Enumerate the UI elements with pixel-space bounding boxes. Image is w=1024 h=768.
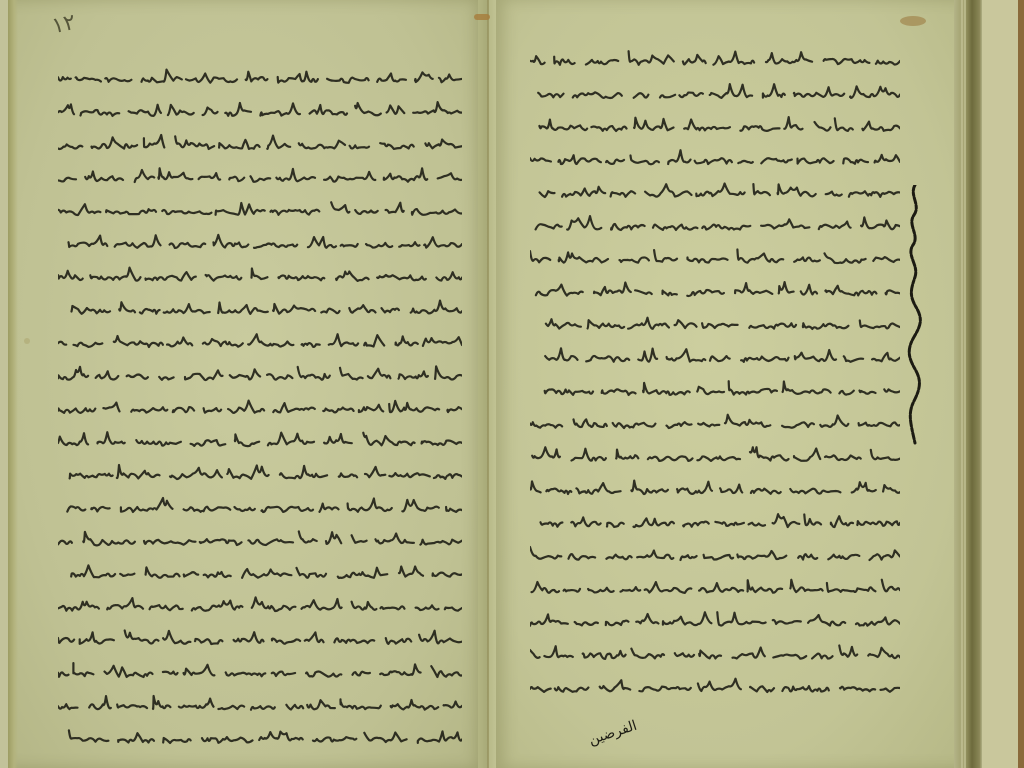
manuscript-text-line [58,324,462,357]
manuscript-text-line [530,438,900,471]
page-edge-water-stain [954,0,984,768]
manuscript-text-line [58,357,462,390]
manuscript-text-line [58,555,462,588]
manuscript-text-line [58,423,462,456]
manuscript-text-line [58,126,462,159]
manuscript-text-line [58,390,462,423]
manuscript-text-line [58,687,462,720]
manuscript-photo: ١٢ الفرضين [0,0,1024,768]
manuscript-text-line [530,405,900,438]
vertical-margin-note [905,185,925,445]
manuscript-text-line [530,570,900,603]
manuscript-text-line [530,42,900,75]
manuscript-text-line [58,192,462,225]
manuscript-text-line [58,225,462,258]
manuscript-text-line [530,207,900,240]
manuscript-text-line [58,522,462,555]
manuscript-text-line [58,258,462,291]
page-edges [960,0,966,768]
manuscript-text-line [530,504,900,537]
manuscript-text-line [58,456,462,489]
manuscript-text-line [530,273,900,306]
manuscript-text-line [58,621,462,654]
manuscript-text-line [530,471,900,504]
manuscript-text-line [530,306,900,339]
manuscript-text-line [58,588,462,621]
backing-board-edge [1018,0,1024,768]
manuscript-text-line [58,159,462,192]
gutter-fold-line [487,0,489,768]
manuscript-text-line [530,108,900,141]
paper-blemish [900,16,926,26]
manuscript-text-line [58,291,462,324]
manuscript-text-line [530,372,900,405]
manuscript-text-line [530,669,900,702]
left-page-edge [8,0,18,768]
manuscript-text-line [530,240,900,273]
manuscript-text-line [530,636,900,669]
manuscript-text-line [58,489,462,522]
paper-blemish [24,338,30,344]
manuscript-text-line [530,537,900,570]
left-page-text-block [58,60,462,753]
manuscript-text-line [530,174,900,207]
manuscript-text-line [58,60,462,93]
manuscript-text-line [530,603,900,636]
binding-stitch [474,14,490,20]
right-page-text-block [530,42,900,702]
page-number: ١٢ [50,10,78,39]
manuscript-text-line [530,75,900,108]
manuscript-text-line [530,339,900,372]
manuscript-text-line [530,141,900,174]
manuscript-text-line [58,654,462,687]
manuscript-text-line [58,720,462,753]
manuscript-text-line [58,93,462,126]
